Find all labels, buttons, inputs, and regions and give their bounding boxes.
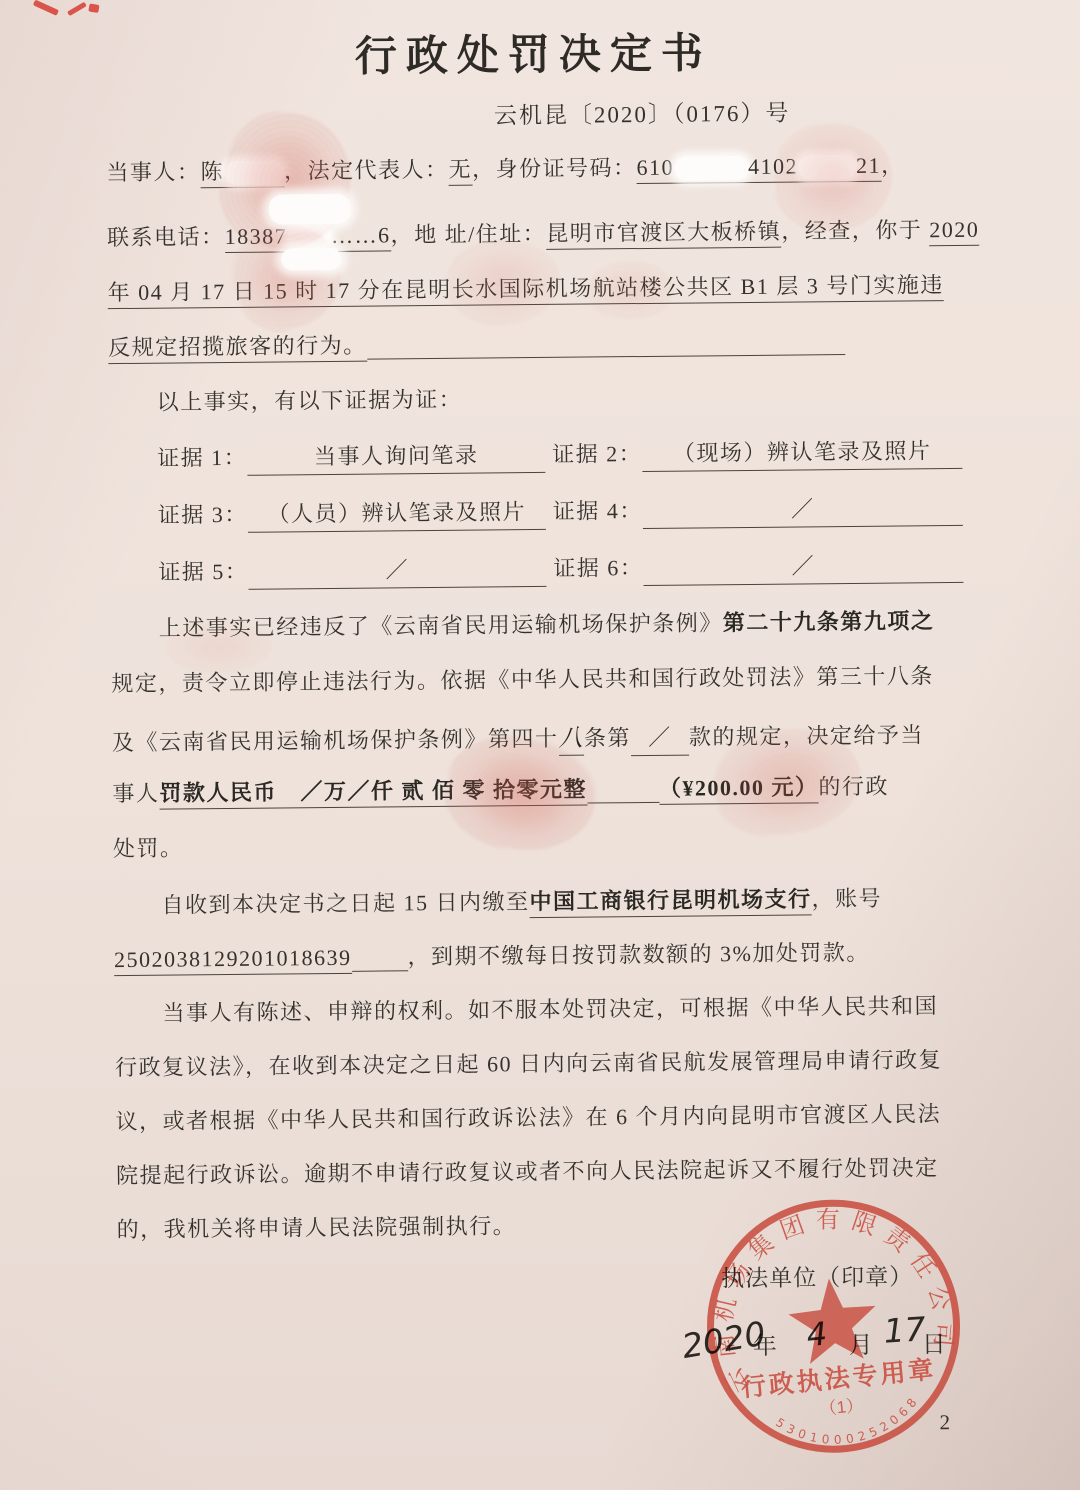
evidence-row-2: 证据 3：（人员）辨认笔录及照片 证据 4：／ xyxy=(158,490,1038,533)
red-mark xyxy=(33,0,59,16)
id-label: 身份证号码： xyxy=(495,155,636,181)
document-page: 行政处罚决定书 云机昆〔2020〕（0176）号 当事人：陈，法定代表人：无，身… xyxy=(0,0,1080,1490)
evidence-label: 证据 6： xyxy=(553,551,643,583)
punct: ， xyxy=(472,156,496,181)
page-content: 行政处罚决定书 云机昆〔2020〕（0176）号 当事人：陈，法定代表人：无，身… xyxy=(0,0,1080,1490)
red-mark xyxy=(88,3,99,13)
bank-account-number: 2502038129201018639 xyxy=(114,945,352,976)
enforcement-unit-label: 执法单位（印章） xyxy=(721,1258,913,1293)
rights-line-2: 行政复议法》，在收到本决定之日起 60 日内向云南省民航发展管理局申请行政复 xyxy=(115,1043,995,1082)
evidence-label: 证据 1： xyxy=(157,441,247,473)
blank-rule xyxy=(351,950,407,972)
text-run: 院提起行政诉讼。逾期不申请行政复议或者不向人民法院起诉又不履行处罚决定 xyxy=(116,1155,939,1188)
document-number: 云机昆〔2020〕（0176）号 xyxy=(494,95,791,131)
evidence-intro: 以上事实，有以下证据为证： xyxy=(157,377,1037,416)
text-run: 事人 xyxy=(112,781,159,806)
evidence-value: ／ xyxy=(643,548,963,586)
text-run: 反规定招揽旅客的行为。 xyxy=(108,333,367,364)
payment-line-2: 2502038129201018639，到期不缴每日按罚款数额的 3%加处罚款。 xyxy=(114,935,994,974)
rep-value: 无 xyxy=(448,157,472,186)
text-run: 以上事实，有以下证据为证： xyxy=(157,387,463,415)
evidence-value: 当事人询问笔录 xyxy=(247,438,545,476)
party-label: 当事人： xyxy=(106,159,200,185)
text-run: 当事人有陈述、申辩的权利。如不服本处罚决定，可根据《中华人民共和国 xyxy=(162,993,938,1025)
text-run: ，到期不缴每日按罚款数额的 3%加处罚款。 xyxy=(407,940,870,969)
fingerprint xyxy=(447,240,560,325)
evidence-row-1: 证据 1：当事人询问笔录 证据 2：（现场）辨认笔录及照片 xyxy=(157,433,1037,476)
text-run: 的，我机关将申请人民法院强制执行。 xyxy=(117,1213,517,1242)
evidence-label: 证据 4： xyxy=(553,494,643,526)
evidence-value: （现场）辨认笔录及照片 xyxy=(642,434,962,472)
text-run: 行政复议法》，在收到本决定之日起 60 日内向云南省民航发展管理局申请行政复 xyxy=(115,1047,942,1080)
violated-article: 第二十九条第九项之 xyxy=(723,608,935,635)
seal-type-text: 行政执法专用章 xyxy=(740,1355,938,1403)
decision-line-1: 上述事实已经违反了《云南省民用运输机场保护条例》第二十九条第九项之 xyxy=(159,603,1039,642)
handwritten-month: 4 xyxy=(805,1314,829,1354)
rights-line-3: 议，或者根据《中华人民共和国行政诉讼法》在 6 个月内向昆明市官渡区人民法 xyxy=(115,1097,995,1136)
fingerprint xyxy=(587,261,674,320)
text-run: 处罚。 xyxy=(113,835,184,861)
evidence-value: ／ xyxy=(248,552,546,590)
text-run: 自收到本决定书之日起 15 日内缴至 xyxy=(161,889,529,918)
evidence-value: ／ xyxy=(643,491,963,529)
redaction-patch xyxy=(269,194,351,225)
id-part: 610 xyxy=(636,155,674,180)
text-run: 议，或者根据《中华人民共和国行政诉讼法》在 6 个月内向昆明市官渡区人民法 xyxy=(115,1101,941,1134)
punct: ， xyxy=(390,222,414,247)
tel-label: 联系电话： xyxy=(107,224,225,250)
id-redaction xyxy=(674,156,748,181)
handwritten-clause-slash: ／ xyxy=(631,721,689,757)
blank-rule xyxy=(587,782,659,804)
fact-line-2: 反规定招揽旅客的行为。 xyxy=(108,323,988,362)
tel-dots: …… xyxy=(331,223,378,248)
evidence-value: （人员）辨认笔录及照片 xyxy=(248,495,546,533)
text-run: 条第 xyxy=(584,725,631,750)
address-value: 昆明市官渡区大板桥镇 xyxy=(546,219,781,250)
seal-index: （1） xyxy=(819,1396,864,1419)
blank-rule xyxy=(367,334,845,360)
evidence-label: 证据 2： xyxy=(552,437,642,469)
rights-line-4: 院提起行政诉讼。逾期不申请行政复议或者不向人民法院起诉又不履行处罚决定 xyxy=(116,1151,996,1190)
tel-part: 6 xyxy=(378,222,391,247)
year-value: 2020 xyxy=(929,217,979,246)
day-char: 日 xyxy=(922,1324,946,1359)
month-char: 月 xyxy=(849,1325,873,1360)
page-title: 行政处罚决定书 xyxy=(0,17,1074,87)
red-mark xyxy=(67,2,87,16)
payment-line-1: 自收到本决定书之日起 15 日内缴至中国工商银行昆明机场支行，账号 xyxy=(161,880,1041,919)
evidence-row-3: 证据 5：／ 证据 6：／ xyxy=(158,547,1038,590)
evidence-label: 证据 3： xyxy=(158,498,248,530)
bank-name: 中国工商银行昆明机场支行 xyxy=(529,886,811,918)
redaction-patch xyxy=(281,248,341,271)
handwritten-day: 17 xyxy=(882,1309,926,1351)
rights-line-1: 当事人有陈述、申辩的权利。如不服本处罚决定，可根据《中华人民共和国 xyxy=(162,988,1042,1027)
year-char: 年 xyxy=(753,1326,777,1361)
evidence-label: 证据 5： xyxy=(158,555,248,587)
text-run: ，账号 xyxy=(811,886,882,912)
page-number: 2 xyxy=(939,1410,950,1435)
